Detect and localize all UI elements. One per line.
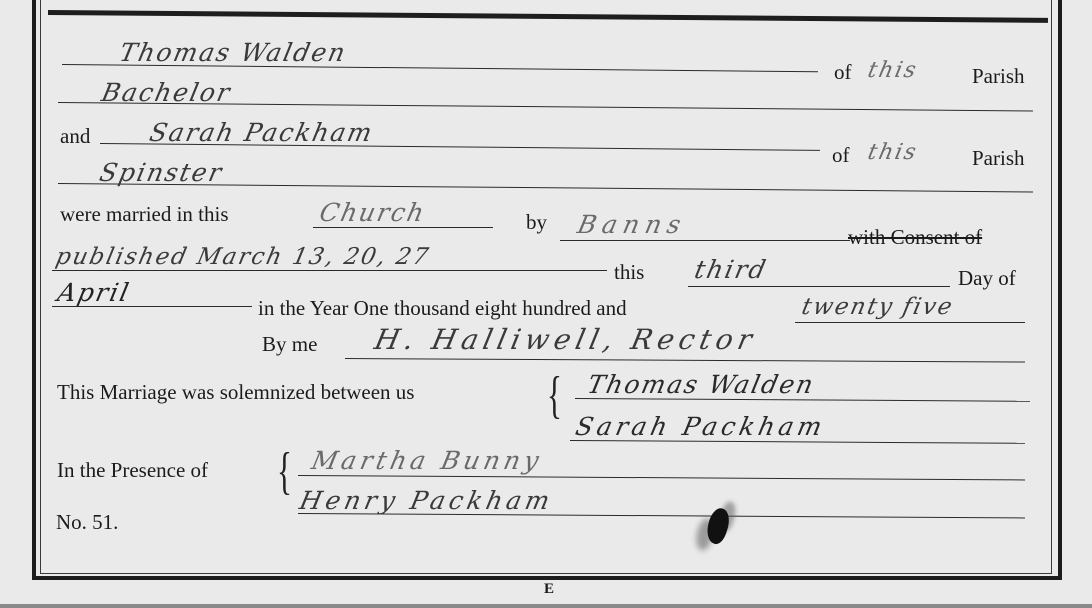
bottom-edge — [0, 604, 1092, 608]
groom-of-label: of — [834, 62, 852, 83]
this-label: this — [614, 262, 644, 283]
by-label: by — [526, 212, 547, 233]
rule-place — [313, 227, 493, 228]
day-value: third — [692, 257, 769, 282]
rule-year — [795, 322, 1025, 323]
entry-number: No. 51. — [56, 512, 118, 533]
year-value: twenty five — [800, 296, 956, 319]
bride-name: Sarah Packham — [147, 120, 376, 145]
bride-parish-label: Parish — [972, 148, 1025, 169]
witness-signature-1: Martha Bunny — [309, 448, 545, 473]
married-in-label: were married in this — [60, 204, 229, 225]
parties-brace: { — [547, 370, 562, 422]
solemnized-label: This Marriage was solemnized between us — [57, 382, 414, 403]
groom-status: Bachelor — [99, 80, 233, 105]
presence-label: In the Presence of — [57, 460, 208, 481]
rule-method — [560, 240, 850, 241]
groom-name: Thomas Walden — [117, 40, 349, 65]
witnesses-brace: { — [277, 446, 292, 498]
party-signature-bride: Sarah Packham — [573, 414, 828, 439]
groom-parish-value: this — [866, 60, 920, 82]
register-page: Thomas Walden of this Parish Bachelor an… — [0, 0, 1092, 604]
year-label: in the Year One thousand eight hundred a… — [258, 298, 627, 319]
place-value: Church — [317, 200, 428, 225]
witness-signature-2: Henry Packham — [297, 488, 556, 513]
month-value: April — [55, 280, 132, 305]
day-of-label: Day of — [958, 268, 1016, 289]
rule-day — [688, 286, 950, 287]
officiant-signature: H. Halliwell, Rector — [372, 326, 759, 354]
groom-parish-label: Parish — [972, 66, 1025, 87]
rule-banns — [52, 270, 607, 271]
bride-and-label: and — [60, 126, 90, 147]
party-signature-groom: Thomas Walden — [585, 372, 817, 397]
method-value: Banns — [575, 212, 689, 237]
by-me-label: By me — [262, 334, 317, 355]
bride-of-label: of — [832, 145, 850, 166]
page-marker: E — [544, 581, 554, 598]
consent-label-struck: with Consent of — [848, 227, 982, 248]
bride-status: Spinster — [97, 160, 225, 185]
banns-note: published March 13, 20, 27 — [54, 246, 432, 269]
bride-parish-value: this — [866, 142, 920, 164]
